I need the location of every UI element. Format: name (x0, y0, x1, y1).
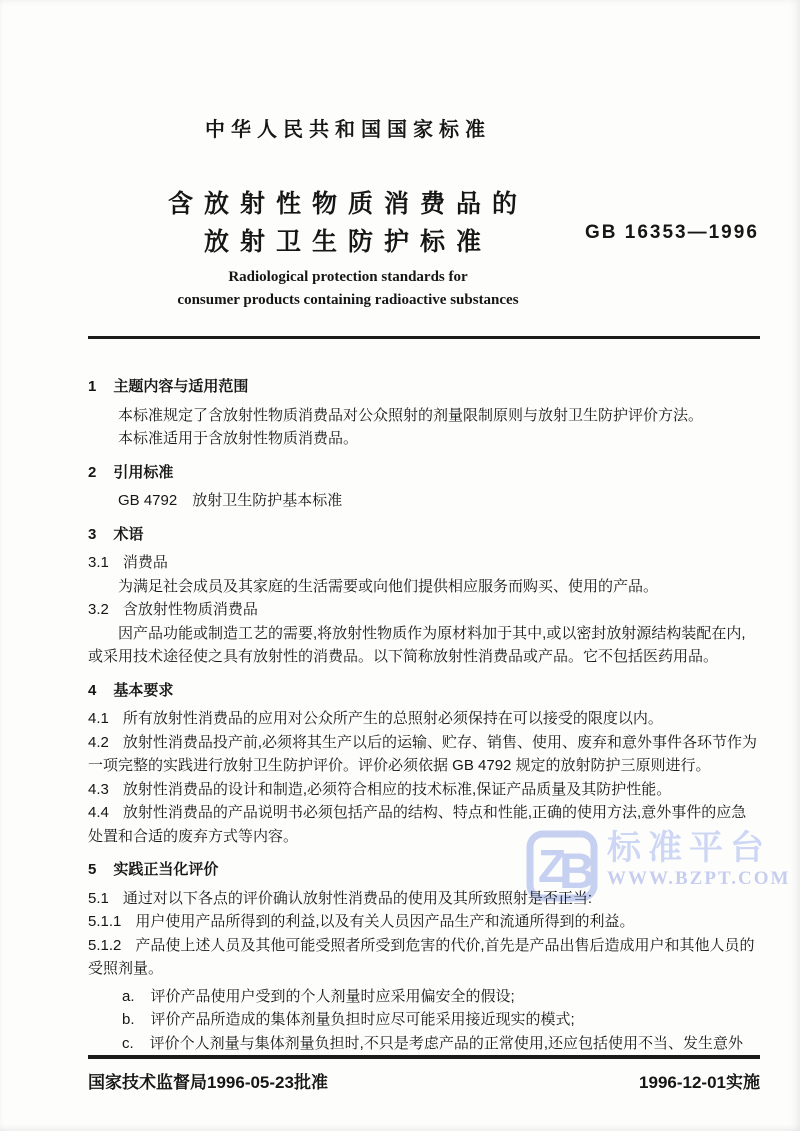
clause-title: 3.1消费品 (88, 551, 760, 575)
clause-number: 5.1.2 (88, 937, 121, 954)
doc-title-line1: 含放射性物质消费品的 (88, 185, 608, 223)
section-number: 4 (88, 682, 96, 699)
item-text: 评价产品使用户受到的个人剂量时应采用偏安全的假设; (151, 988, 515, 1005)
clause: 4.4放射性消费品的产品说明书必须包括产品的结构、特点和性能,正确的使用方法,意… (88, 801, 760, 848)
section-heading: 3术语 (88, 523, 760, 547)
clause-text: 因产品功能或制造工艺的需要,将放射性物质作为原材料加于其中,或以密封放射源结构装… (88, 622, 760, 669)
list-item: c.评价个人剂量与集体剂量负担时,不只是考虑产品的正常使用,还应包括使用不当、发… (122, 1032, 760, 1056)
document-page: Z B 标准平台 WWW.BZPT.COM 中华人民共和国国家标准 含放射性物质… (0, 0, 800, 1131)
clause-number: 4.1 (88, 710, 109, 727)
clause-title: 3.2含放射性物质消费品 (88, 598, 760, 622)
document-header: 中华人民共和国国家标准 含放射性物质消费品的 放射卫生防护标准 Radiolog… (88, 0, 760, 339)
clause-text: 放射性消费品投产前,必须将其生产以后的运输、贮存、销售、使用、废弃和意外事件各环… (88, 734, 757, 775)
clause-term: 消费品 (123, 554, 168, 571)
section-title: 主题内容与适用范围 (113, 378, 248, 395)
clause-number: 5.1.1 (88, 913, 121, 930)
paragraph: 本标准规定了含放射性物质消费品对公众照射的剂量限制原则与放射卫生防护评价方法。 (88, 404, 760, 428)
clause-text: 放射性消费品的产品说明书必须包括产品的结构、特点和性能,正确的使用方法,意外事件… (88, 804, 746, 845)
standard-number: GB 16353—1996 (585, 222, 759, 244)
section-basic-requirements: 4基本要求 4.1所有放射性消费品的应用对公众所产生的总照射必须保持在可以接受的… (88, 679, 760, 849)
clause-number: 4.2 (88, 734, 109, 751)
clause-text: 用户使用产品所得到的利益,以及有关人员因产品生产和流通所得到的利益。 (135, 913, 634, 930)
section-heading: 2引用标准 (88, 461, 760, 485)
clause-text: 为满足社会成员及其家庭的生活需要或向他们提供相应服务而购买、使用的产品。 (88, 575, 760, 599)
clause: 4.1所有放射性消费品的应用对公众所产生的总照射必须保持在可以接受的限度以内。 (88, 707, 760, 731)
section-references: 2引用标准 GB 4792 放射卫生防护基本标准 (88, 461, 760, 513)
section-justification: 5实践正当化评价 5.1通过对以下各点的评价确认放射性消费品的使用及其所致照射是… (88, 858, 760, 1055)
clause: 5.1通过对以下各点的评价确认放射性消费品的使用及其所致照射是否正当: (88, 887, 760, 911)
national-standard-label: 中华人民共和国国家标准 (88, 119, 608, 141)
section-number: 5 (88, 861, 96, 878)
doc-subtitle-en-line2: consumer products containing radioactive… (88, 289, 608, 312)
list-item: b.评价产品所造成的集体剂量负担时应尽可能采用接近现实的模式; (122, 1008, 760, 1032)
approval-note: 国家技术监督局1996-05-23批准 (88, 1068, 328, 1093)
clause: 4.3放射性消费品的设计和制造,必须符合相应的技术标准,保证产品质量及其防护性能… (88, 778, 760, 802)
section-heading: 4基本要求 (88, 679, 760, 703)
document-footer: 国家技术监督局1996-05-23批准 1996-12-01实施 (88, 1068, 760, 1093)
clause: 5.1.2产品使上述人员及其他可能受照者所受到危害的代价,首先是产品出售后造成用… (88, 934, 760, 981)
clause-number: 4.3 (88, 781, 109, 798)
clause-text: 产品使上述人员及其他可能受照者所受到危害的代价,首先是产品出售后造成用户和其他人… (88, 937, 755, 978)
clause-number: 3.1 (88, 554, 109, 571)
section-title: 术语 (113, 526, 143, 543)
referenced-standard: GB 4792 放射卫生防护基本标准 (88, 489, 760, 513)
doc-subtitle-en-line1: Radiological protection standards for (88, 266, 608, 289)
clause-text: 所有放射性消费品的应用对公众所产生的总照射必须保持在可以接受的限度以内。 (123, 710, 663, 727)
section-number: 3 (88, 526, 96, 543)
section-title: 引用标准 (113, 464, 173, 481)
item-marker: a. (122, 988, 135, 1005)
clause-number: 4.4 (88, 804, 109, 821)
section-number: 1 (88, 378, 96, 395)
section-heading: 1主题内容与适用范围 (88, 375, 760, 399)
clause-number: 5.1 (88, 890, 109, 907)
clause-text: 放射性消费品的设计和制造,必须符合相应的技术标准,保证产品质量及其防护性能。 (123, 781, 671, 798)
doc-title-line2: 放射卫生防护标准 (88, 223, 608, 261)
section-scope: 1主题内容与适用范围 本标准规定了含放射性物质消费品对公众照射的剂量限制原则与放… (88, 375, 760, 451)
clause-number: 3.2 (88, 601, 109, 618)
implementation-note: 1996-12-01实施 (639, 1068, 760, 1093)
paragraph: 本标准适用于含放射性物质消费品。 (88, 427, 760, 451)
item-marker: c. (122, 1035, 134, 1052)
document-body: 1主题内容与适用范围 本标准规定了含放射性物质消费品对公众照射的剂量限制原则与放… (88, 375, 760, 1055)
footer-rule (88, 1055, 760, 1059)
item-text: 评价个人剂量与集体剂量负担时,不只是考虑产品的正常使用,还应包括使用不当、发生意… (150, 1035, 743, 1052)
clause: 4.2放射性消费品投产前,必须将其生产以后的运输、贮存、销售、使用、废弃和意外事… (88, 731, 760, 778)
section-title: 基本要求 (113, 682, 173, 699)
header-rule (88, 336, 760, 339)
section-terms: 3术语 3.1消费品 为满足社会成员及其家庭的生活需要或向他们提供相应服务而购买… (88, 523, 760, 669)
clause-text: 通过对以下各点的评价确认放射性消费品的使用及其所致照射是否正当: (123, 890, 592, 907)
item-text: 评价产品所造成的集体剂量负担时应尽可能采用接近现实的模式; (151, 1011, 575, 1028)
clause: 5.1.1用户使用产品所得到的利益,以及有关人员因产品生产和流通所得到的利益。 (88, 910, 760, 934)
section-title: 实践正当化评价 (113, 861, 218, 878)
section-heading: 5实践正当化评价 (88, 858, 760, 882)
clause-term: 含放射性物质消费品 (123, 601, 258, 618)
item-marker: b. (122, 1011, 135, 1028)
list-item: a.评价产品使用户受到的个人剂量时应采用偏安全的假设; (122, 985, 760, 1009)
section-number: 2 (88, 464, 96, 481)
